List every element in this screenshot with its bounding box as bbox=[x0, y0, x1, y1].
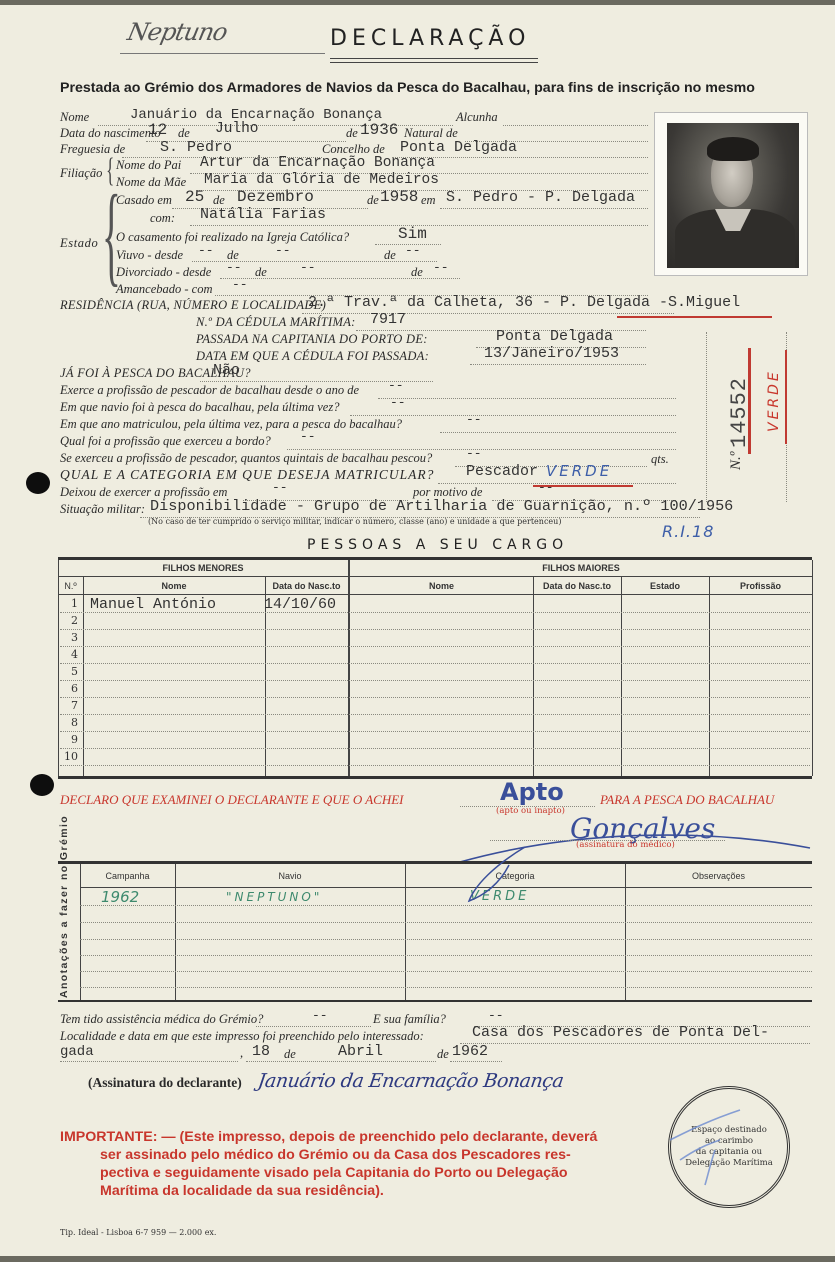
col-header-navio: Navio bbox=[175, 871, 405, 881]
side-red-rule bbox=[785, 350, 787, 444]
desde-line bbox=[378, 398, 676, 399]
row-line bbox=[80, 939, 812, 940]
familia-field[interactable]: -- bbox=[488, 1008, 504, 1023]
row-line bbox=[60, 680, 810, 681]
casado-ano-field[interactable]: 1958 bbox=[380, 188, 418, 206]
row-number: 10 bbox=[56, 750, 78, 763]
row-number: 4 bbox=[56, 648, 78, 661]
campanha-value[interactable]: 1962 bbox=[101, 888, 139, 906]
em-label: em bbox=[421, 193, 436, 208]
col-divider bbox=[709, 577, 710, 776]
divorciado-line bbox=[220, 278, 460, 279]
viuvo-label: Viuvo - desde bbox=[116, 248, 183, 263]
localidade-line bbox=[460, 1043, 810, 1044]
signature-hint: (assinatura do médico) bbox=[576, 840, 675, 850]
assinatura-declarante-label: (Assinatura do declarante) bbox=[88, 1075, 242, 1091]
printer-note: Tip. Ideal - Lisboa 6-7 959 — 2.000 ex. bbox=[60, 1228, 216, 1237]
col-header-estado: Estado bbox=[621, 581, 709, 591]
page-title: DECLARAÇÃO bbox=[330, 26, 530, 51]
cedula-field[interactable]: 7917 bbox=[370, 311, 406, 328]
data-cedula-field[interactable]: 13/Janeiro/1953 bbox=[484, 345, 619, 362]
handwritten-ship-name: Neptuno bbox=[125, 18, 230, 46]
row-number: 1 bbox=[56, 597, 78, 610]
div-dia-field[interactable]: -- bbox=[226, 260, 242, 275]
ri-handwritten: R.I.18 bbox=[662, 522, 714, 541]
concelho-field[interactable]: Ponta Delgada bbox=[400, 139, 517, 156]
header-rule bbox=[80, 887, 812, 888]
militar-label: Situação militar: bbox=[60, 502, 145, 517]
side-number-label: N.º bbox=[728, 452, 745, 470]
col-header-observacoes: Observações bbox=[625, 871, 812, 881]
row-line bbox=[80, 905, 812, 906]
title-underline bbox=[330, 58, 538, 63]
signature-tail bbox=[455, 845, 535, 905]
profissao-label: Qual foi a profissão que exerceu a bordo… bbox=[60, 434, 271, 449]
viuvo-mes-field[interactable]: -- bbox=[275, 243, 291, 258]
nasc-dia-field[interactable]: 12 bbox=[148, 121, 167, 139]
localidade-cont-line bbox=[60, 1061, 238, 1062]
pai-label: Nome do Pai bbox=[116, 158, 181, 173]
importante-line1: IMPORTANTE: — (Este impresso, depois de … bbox=[60, 1128, 597, 1146]
apto-hint: (apto ou inapto) bbox=[496, 806, 565, 816]
row-number: 3 bbox=[56, 631, 78, 644]
localidade-field[interactable]: Casa dos Pescadores de Ponta Del- bbox=[472, 1024, 769, 1041]
id-photo bbox=[654, 112, 808, 276]
declarante-signature: Januário da Encarnação Bonança bbox=[256, 1070, 564, 1092]
row-number: 5 bbox=[56, 665, 78, 678]
militar-note: (No caso de ter cumprido o serviço milit… bbox=[148, 517, 561, 526]
amancebado-field[interactable]: -- bbox=[232, 277, 248, 292]
importante-line3: pectiva e seguidamente visado pela Capit… bbox=[100, 1164, 568, 1182]
stamp-pencil-mark bbox=[660, 1100, 760, 1190]
navio-line bbox=[350, 415, 676, 416]
col-divider bbox=[80, 864, 81, 1000]
casado-dia-field[interactable]: 25 bbox=[185, 188, 204, 206]
ano-line bbox=[440, 432, 676, 433]
anotacoes-bottom-rule bbox=[58, 1000, 812, 1002]
anotacoes-top-rule bbox=[58, 861, 812, 864]
capitania-field[interactable]: Ponta Delgada bbox=[496, 328, 613, 345]
row-line bbox=[80, 987, 812, 988]
table-bottom-rule bbox=[58, 776, 812, 779]
row-number: 9 bbox=[56, 733, 78, 746]
nasc-mes-field[interactable]: Julho bbox=[215, 121, 259, 137]
nascimento-label: Data do nascimento bbox=[60, 126, 161, 141]
assistencia-field[interactable]: -- bbox=[312, 1008, 328, 1023]
photo-hair bbox=[707, 137, 759, 161]
table-top-rule bbox=[58, 557, 812, 560]
navio-field[interactable]: -- bbox=[390, 395, 406, 410]
importante-line2: ser assinado pelo médico do Grémio ou da… bbox=[100, 1146, 571, 1164]
side-red-rule bbox=[748, 348, 751, 454]
assistencia-label: Tem tido assistência médica do Grémio? bbox=[60, 1012, 263, 1027]
comma: , bbox=[240, 1046, 243, 1061]
localidade-label: Localidade e data em que este impresso f… bbox=[60, 1029, 424, 1044]
residencia-red-underline bbox=[617, 316, 772, 318]
pai-field[interactable]: Artur da Encarnação Bonança bbox=[200, 155, 435, 171]
side-dotted-line bbox=[706, 332, 707, 502]
apto-handwritten: Apto bbox=[500, 778, 564, 806]
de-label: de bbox=[367, 193, 379, 208]
col-divider bbox=[405, 864, 406, 1000]
alcunha-line bbox=[503, 125, 648, 126]
col-header-data: Data do Nasc.to bbox=[265, 581, 348, 591]
estado-label: Estado bbox=[60, 236, 98, 251]
row-line bbox=[60, 663, 810, 664]
casado-local-line bbox=[440, 208, 648, 209]
punch-hole bbox=[26, 472, 50, 494]
row-line bbox=[60, 612, 810, 613]
residencia-field[interactable]: 2.ª Trav.ª da Calheta, 36 - P. Delgada -… bbox=[308, 294, 740, 311]
com-label: com: bbox=[150, 211, 175, 226]
medico-declaro-label: DECLARO QUE EXAMINEI O DECLARANTE E QUE … bbox=[60, 792, 404, 808]
row-line bbox=[80, 971, 812, 972]
desde-field[interactable]: -- bbox=[388, 378, 404, 393]
alcunha-label: Alcunha bbox=[456, 110, 498, 125]
filiacao-label: Filiação bbox=[60, 166, 102, 181]
de-label: de bbox=[437, 1047, 449, 1062]
col-header-n: N.º bbox=[58, 581, 83, 591]
row-number: 8 bbox=[56, 716, 78, 729]
table-divider bbox=[348, 560, 350, 776]
div-ano-field[interactable]: -- bbox=[433, 260, 449, 275]
col-divider bbox=[83, 577, 84, 776]
capitania-label: PASSADA NA CAPITANIA DO PORTO DE: bbox=[196, 332, 428, 347]
quintais-field[interactable]: -- bbox=[466, 446, 482, 461]
row-line bbox=[60, 629, 810, 630]
freguesia-label: Freguesia de bbox=[60, 142, 125, 157]
col-header-data2: Data do Nasc.to bbox=[533, 581, 621, 591]
mae-label: Nome da Mãe bbox=[116, 175, 186, 190]
de-label: de bbox=[284, 1047, 296, 1062]
qts-label: qts. bbox=[651, 452, 669, 467]
deixou-field[interactable]: -- bbox=[272, 480, 288, 495]
motivo-field[interactable]: -- bbox=[538, 480, 554, 495]
col-header-campanha: Campanha bbox=[80, 871, 175, 881]
col-header-nome2: Nome bbox=[350, 581, 533, 591]
navio-label: Em que navio foi à pesca do bacalhau, pe… bbox=[60, 400, 339, 415]
ja-foi-field[interactable]: Não bbox=[213, 362, 240, 379]
ano-field[interactable]: 1962 bbox=[452, 1043, 488, 1060]
row-line bbox=[60, 765, 810, 766]
quintais-label: Se exerceu a profissão de pescador, quan… bbox=[60, 451, 432, 466]
freguesia-field[interactable]: S. Pedro bbox=[160, 139, 232, 156]
punch-hole bbox=[30, 774, 54, 796]
data-line bbox=[246, 1061, 436, 1062]
side-verde-handwritten: VERDE bbox=[766, 369, 782, 432]
row-line bbox=[60, 714, 810, 715]
data-cedula-line bbox=[470, 364, 646, 365]
col-header-profissao: Profissão bbox=[709, 581, 812, 591]
categoria-line bbox=[438, 483, 676, 484]
row-line bbox=[60, 697, 810, 698]
localidade-cont[interactable]: gada bbox=[60, 1044, 94, 1060]
menores-header: FILHOS MENORES bbox=[58, 563, 348, 573]
handwritten-underline bbox=[120, 53, 325, 54]
row-number: 7 bbox=[56, 699, 78, 712]
profissao-field[interactable]: -- bbox=[300, 429, 316, 444]
col-header-nome: Nome bbox=[83, 581, 265, 591]
declaration-form: Neptuno DECLARAÇÃO Prestada ao Grémio do… bbox=[0, 0, 835, 1262]
row-line bbox=[60, 748, 810, 749]
col-divider bbox=[621, 577, 622, 776]
divorciado-label: Divorciado - desde bbox=[116, 265, 211, 280]
row-line bbox=[80, 922, 812, 923]
igreja-label: O casamento foi realizado na Igreja Cató… bbox=[116, 230, 349, 245]
cedula-label: N.º DA CÉDULA MARÍTIMA: bbox=[196, 315, 356, 330]
residencia-line bbox=[302, 313, 674, 314]
mae-field[interactable]: Maria da Glória de Medeiros bbox=[204, 172, 439, 188]
igreja-field[interactable]: Sim bbox=[398, 225, 427, 243]
ano-line bbox=[450, 1061, 502, 1062]
casado-local-field[interactable]: S. Pedro - P. Delgada bbox=[446, 189, 635, 206]
medico-para-label: PARA A PESCA DO BACALHAU bbox=[600, 792, 774, 808]
residencia-label: RESIDÊNCIA (RUA, NÚMERO E LOCALIDADE) bbox=[60, 298, 326, 313]
maiores-header: FILHOS MAIORES bbox=[350, 563, 812, 573]
table-border bbox=[812, 560, 813, 776]
casado-mes-field[interactable]: Dezembro bbox=[237, 188, 314, 206]
casado-label: Casado em bbox=[116, 193, 172, 208]
div-mes-field[interactable]: -- bbox=[300, 260, 316, 275]
de-label: de bbox=[346, 126, 358, 141]
nasc-ano-field[interactable]: 1936 bbox=[360, 121, 398, 139]
categoria-field[interactable]: Pescador bbox=[466, 463, 538, 480]
col-divider bbox=[625, 864, 626, 1000]
militar-field[interactable]: Disponibilidade - Grupo de Artilharia de… bbox=[150, 497, 733, 515]
header-rule bbox=[58, 594, 812, 595]
importante-line4: Marítima da localidade da sua residência… bbox=[100, 1182, 384, 1200]
nome-label: Nome bbox=[60, 110, 89, 125]
categoria-handwritten: VERDE bbox=[546, 462, 612, 480]
categoria-label: QUAL E A CATEGORIA EM QUE DESEJA MATRICU… bbox=[60, 467, 434, 483]
scan-edge-top bbox=[0, 0, 835, 5]
ano-label: Em que ano matriculou, pela última vez, … bbox=[60, 417, 402, 432]
col-divider bbox=[533, 577, 534, 776]
conjuge-field[interactable]: Natália Farias bbox=[200, 206, 326, 223]
row-line bbox=[60, 646, 810, 647]
scan-edge-bottom bbox=[0, 1256, 835, 1262]
child-birthdate[interactable]: 14/10/60 bbox=[264, 596, 336, 613]
page-subtitle: Prestada ao Grémio dos Armadores de Navi… bbox=[60, 80, 755, 96]
navio-value[interactable]: "NEPTUNO" bbox=[226, 890, 322, 904]
anotacoes-side-label: Anotações a fazer no Grémio bbox=[58, 815, 70, 998]
row-line bbox=[80, 955, 812, 956]
row-line bbox=[60, 731, 810, 732]
row-number: 2 bbox=[56, 614, 78, 627]
viuvo-dia-field[interactable]: -- bbox=[198, 243, 214, 258]
amancebado-label: Amancebado - com bbox=[116, 282, 213, 297]
familia-label: E sua família? bbox=[373, 1012, 446, 1027]
dia-field[interactable]: 18 bbox=[252, 1043, 270, 1060]
ano-field[interactable]: -- bbox=[466, 412, 482, 427]
cargo-title: PESSOAS A SEU CARGO bbox=[307, 537, 568, 553]
desde-label: Exerce a profissão de pescador de bacalh… bbox=[60, 383, 359, 398]
viuvo-ano-field[interactable]: -- bbox=[405, 243, 421, 258]
child-name[interactable]: Manuel António bbox=[90, 596, 216, 613]
header-rule bbox=[58, 576, 812, 577]
photo-image bbox=[667, 123, 799, 268]
row-number: 6 bbox=[56, 682, 78, 695]
mes-field[interactable]: Abril bbox=[338, 1043, 383, 1060]
assistencia-line bbox=[256, 1026, 371, 1027]
col-divider bbox=[175, 864, 176, 1000]
